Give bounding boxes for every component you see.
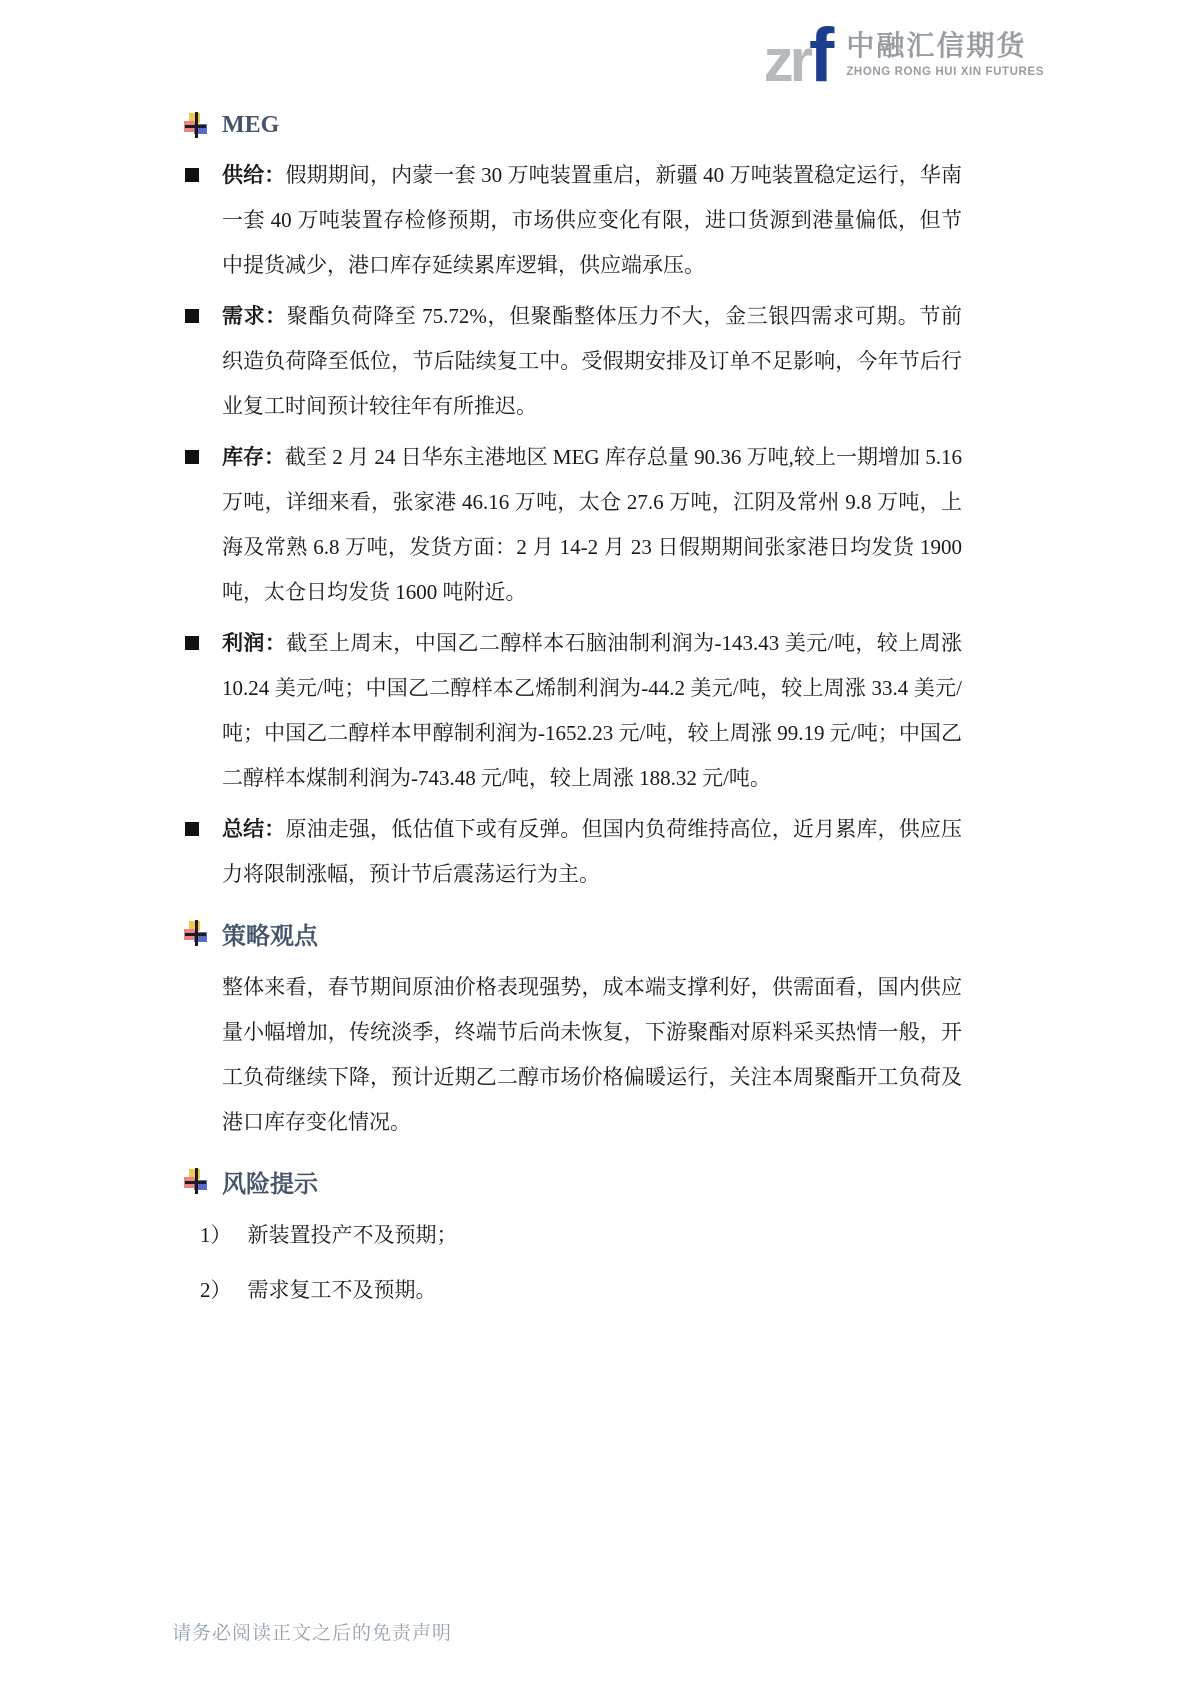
logo-f-letter: f	[809, 13, 834, 98]
risk-item-2-number: 2）	[200, 1278, 232, 1302]
cross-bullet-icon	[184, 112, 208, 138]
report-body: MEG 供给：假期期间，内蒙一套 30 万吨装置重启，新疆 40 万吨装置稳定运…	[222, 103, 962, 1323]
profit-text: 利润：截至上周末，中国乙二醇样本石脑油制利润为-143.43 美元/吨，较上周涨…	[222, 621, 962, 801]
risk-item-1-number: 1）	[200, 1223, 232, 1247]
profit-label: 利润：	[222, 631, 286, 655]
inventory-paragraph: 库存：截至 2 月 24 日华东主港地区 MEG 库存总量 90.36 万吨,较…	[222, 435, 962, 615]
logo-company-name-en: ZHONG RONG HUI XIN FUTURES	[846, 66, 1044, 78]
supply-label: 供给：	[222, 163, 285, 187]
company-logo: zrf 中融汇信期货 ZHONG RONG HUI XIN FUTURES	[764, 22, 1044, 90]
square-bullet-icon	[185, 168, 199, 182]
demand-label: 需求：	[222, 304, 287, 328]
square-bullet-icon	[185, 309, 199, 323]
demand-paragraph: 需求：聚酯负荷降至 75.72%，但聚酯整体压力不大，金三银四需求可期。节前织造…	[222, 294, 962, 429]
square-bullet-icon	[185, 636, 199, 650]
logo-zrf-mark: zrf	[764, 22, 835, 90]
summary-text: 总结：原油走强，低估值下或有反弹。但国内负荷维持高位，近月累库，供应压力将限制涨…	[222, 807, 962, 897]
cross-bullet-icon	[184, 1168, 208, 1194]
strategy-section-heading: 策略观点	[222, 911, 962, 955]
summary-paragraph: 总结：原油走强，低估值下或有反弹。但国内负荷维持高位，近月累库，供应压力将限制涨…	[222, 807, 962, 897]
meg-section-title: MEG	[222, 112, 279, 139]
strategy-section-title: 策略观点	[222, 916, 318, 951]
strategy-body: 整体来看，春节期间原油价格表现强势，成本端支撑利好，供需面看，国内供应量小幅增加…	[222, 965, 962, 1145]
logo-text: 中融汇信期货 ZHONG RONG HUI XIN FUTURES	[846, 31, 1044, 82]
inventory-label: 库存：	[222, 445, 285, 469]
demand-text: 需求：聚酯负荷降至 75.72%，但聚酯整体压力不大，金三银四需求可期。节前织造…	[222, 294, 962, 429]
supply-text: 供给：假期期间，内蒙一套 30 万吨装置重启，新疆 40 万吨装置稳定运行，华南…	[222, 153, 962, 288]
risk-section-heading: 风险提示	[222, 1159, 962, 1203]
meg-section-heading: MEG	[222, 103, 962, 147]
risk-item-2: 2）需求复工不及预期。	[200, 1268, 962, 1313]
supply-paragraph: 供给：假期期间，内蒙一套 30 万吨装置重启，新疆 40 万吨装置稳定运行，华南…	[222, 153, 962, 288]
risk-item-1: 1）新装置投产不及预期；	[200, 1213, 962, 1258]
report-page: zrf 中融汇信期货 ZHONG RONG HUI XIN FUTURES ME…	[0, 0, 1190, 1683]
profit-paragraph: 利润：截至上周末，中国乙二醇样本石脑油制利润为-143.43 美元/吨，较上周涨…	[222, 621, 962, 801]
inventory-text: 库存：截至 2 月 24 日华东主港地区 MEG 库存总量 90.36 万吨,较…	[222, 435, 962, 615]
logo-zr-letters: zr	[764, 27, 809, 94]
square-bullet-icon	[185, 450, 199, 464]
risk-section-title: 风险提示	[222, 1164, 318, 1199]
cross-bullet-icon	[184, 920, 208, 946]
disclaimer-footer: 请务必阅读正文之后的免责声明	[172, 1618, 452, 1645]
logo-company-name-cn: 中融汇信期货	[846, 31, 1044, 62]
summary-label: 总结：	[222, 817, 285, 841]
square-bullet-icon	[185, 822, 199, 836]
